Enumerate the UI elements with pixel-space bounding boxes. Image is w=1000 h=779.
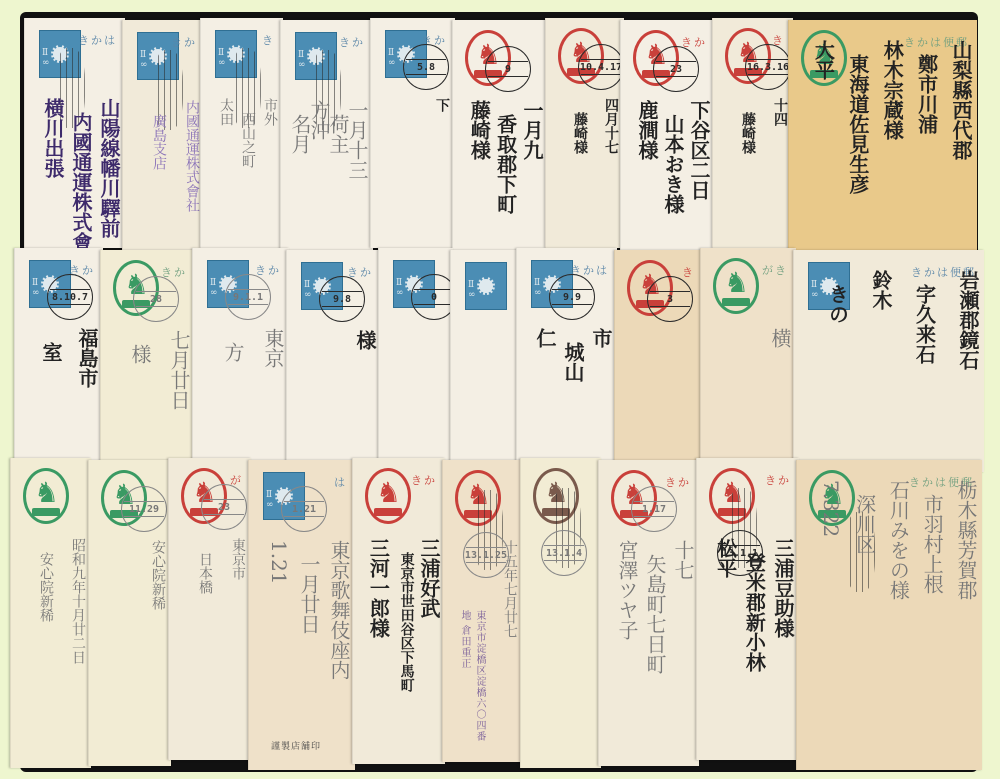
handwritten-address-line: 十五年七月廿七 bbox=[502, 540, 517, 638]
handwritten-address-line: 福島市 bbox=[76, 328, 97, 388]
postmark-icon: 9 bbox=[485, 46, 531, 92]
postcard: き市外西山之町太田 bbox=[200, 18, 283, 248]
handwritten-address-line: 一月九 bbox=[521, 100, 542, 160]
handwritten-address-line: 内國通運株式會社 bbox=[70, 112, 91, 248]
handwritten-address-line: 下谷区二日 bbox=[688, 100, 709, 200]
postcard: 昭和九年十月廿二日安心院新稀 bbox=[10, 458, 91, 768]
handwritten-address-line: 深川区 bbox=[854, 494, 875, 554]
postcard-header-text: き bbox=[262, 32, 275, 48]
postmark-icon: 28 bbox=[133, 276, 179, 322]
postcard: きかは便郵栃木縣芳賀郡市羽村上根石川みをの様深川区7.322 bbox=[796, 460, 982, 770]
postcard: きか9.8様 bbox=[286, 250, 381, 472]
postcard bbox=[450, 250, 519, 472]
handwritten-address-line: 廣島支店 bbox=[151, 114, 166, 170]
postcard: 11.29安心院新稀 bbox=[88, 460, 171, 766]
handwritten-address-line: 市 bbox=[590, 328, 611, 348]
postmark-icon: 9.1.1 bbox=[225, 274, 271, 320]
postcard-header-text: きか bbox=[255, 262, 281, 278]
handwritten-address-line: 下 bbox=[434, 98, 449, 112]
handwritten-address-line: 鄭市川浦 bbox=[916, 54, 937, 134]
postcard-header-text: は bbox=[334, 474, 347, 490]
postmark-icon: 23 bbox=[201, 484, 247, 530]
handwritten-address-line: 藤崎様 bbox=[740, 112, 755, 154]
postcard: きかは9.9市城山仁 bbox=[516, 248, 617, 470]
printed-sender-text: 謹製店舗印 bbox=[271, 739, 321, 752]
handwritten-address-line: 安心院新稀 bbox=[150, 540, 165, 610]
postmark-icon: 9.8 bbox=[319, 276, 365, 322]
handwritten-address-line: 東京歌舞伎座内 bbox=[328, 540, 349, 680]
handwritten-address-line: 横川出張 bbox=[42, 98, 63, 178]
handwritten-address-line: 石川みをの様 bbox=[887, 480, 908, 600]
handwritten-address-line: 藤崎様 bbox=[468, 100, 489, 160]
handwritten-address-line: 三浦好武 bbox=[418, 538, 439, 618]
handwritten-address-line: 林木宗蔵様 bbox=[881, 40, 902, 140]
postcard: きかは便郵山梨縣西代郡鄭市川浦林木宗蔵様東海道佐見生彦大平 bbox=[788, 20, 977, 250]
postcard: きか9.1.1東京方 bbox=[192, 248, 289, 470]
postcard: きか内國通運株式會社廣島支店 bbox=[122, 20, 205, 250]
postmark-icon: 1.17 bbox=[631, 486, 677, 532]
postmark-icon: 9.9 bbox=[549, 274, 595, 320]
postmark-icon: 3 bbox=[647, 276, 693, 322]
postcard: きか13.1.1三浦豆助様登米郡新小林松平 bbox=[696, 458, 799, 760]
handwritten-address-line: 市外 bbox=[262, 98, 277, 126]
handwritten-address-line: 山本おき様 bbox=[662, 114, 683, 214]
samurai-horseman-stamp-icon bbox=[23, 468, 69, 524]
handwritten-address-line: 東京市世田谷区下馬町 bbox=[399, 552, 414, 692]
handwritten-address-line: 藤崎様 bbox=[572, 112, 587, 154]
postcard-header-text: きか bbox=[665, 474, 691, 490]
handwritten-address-line: 太田 bbox=[218, 98, 233, 126]
handwritten-address-line: 松平 bbox=[715, 538, 736, 578]
postcard-header-text: きか bbox=[411, 472, 437, 488]
postmark-icon: 5.8 bbox=[403, 44, 449, 90]
postcard: 9一月九香取郡下町藤崎様 bbox=[452, 20, 548, 250]
handwritten-address-line: 岩瀬郡鏡石 bbox=[957, 270, 978, 370]
postmark-icon: 13.1.4 bbox=[541, 530, 587, 576]
postcard: きか一月十三荷主方沖名月 bbox=[280, 20, 373, 250]
postcard: 13.1.25十五年七月廿七東京市淀橋区淀橋六〇四番地 倉田重正 bbox=[442, 460, 523, 762]
postcard-header-text: きか bbox=[339, 34, 365, 50]
postmark-icon: 10.4.17 bbox=[578, 44, 624, 90]
postcard: き3 bbox=[614, 250, 703, 472]
handwritten-address-line: 宮澤ツヤ子 bbox=[616, 540, 637, 640]
handwritten-address-line: 名月 bbox=[289, 114, 310, 154]
handwritten-address-line: 城山 bbox=[562, 342, 583, 382]
postcard: 0 bbox=[378, 248, 453, 470]
postcard: きかは山陽線幡川驛前内國通運株式會社横川出張 bbox=[24, 18, 125, 248]
handwritten-address-line: 字久来石 bbox=[914, 284, 935, 364]
handwritten-address-line: 1.21 bbox=[268, 540, 289, 585]
postcard-header-text: きかは bbox=[78, 32, 117, 48]
handwritten-address-line: 横 bbox=[769, 328, 790, 348]
handwritten-address-line: 室 bbox=[40, 342, 61, 362]
postmark-icon: 1.21 bbox=[281, 486, 327, 532]
samurai-horseman-stamp-icon bbox=[365, 468, 411, 524]
handwritten-address-line: 東京市 bbox=[230, 538, 245, 580]
postcard: きか8.10.7福島市室 bbox=[14, 248, 103, 470]
handwritten-address-line: 十四 bbox=[772, 98, 787, 126]
postmark-icon: 11.29 bbox=[121, 486, 167, 532]
postcard: は1.21東京歌舞伎座内一月廿日1.21謹製店舗印 bbox=[248, 460, 355, 770]
postcard: き16.3.16十四藤崎様 bbox=[712, 18, 793, 248]
postcard-header-text: き bbox=[682, 264, 695, 280]
handwritten-address-line: 三浦豆助様 bbox=[772, 538, 793, 638]
samurai-horseman-stamp-icon bbox=[713, 258, 759, 314]
postcard: 13.1.4 bbox=[520, 458, 601, 768]
postcard: 10.4.17四月十七藤崎様 bbox=[545, 18, 624, 248]
handwritten-address-line: 方 bbox=[222, 342, 243, 362]
handwritten-address-line: 栃木縣芳賀郡 bbox=[955, 480, 976, 600]
printed-sender-text: 東京市淀橋区淀橋六〇四番地 倉田重正 bbox=[457, 610, 487, 750]
handwritten-address-line: 鹿澗様 bbox=[636, 100, 657, 160]
handwritten-address-line: 一月廿日 bbox=[298, 554, 319, 634]
handwritten-address-line: 東京 bbox=[262, 328, 283, 368]
handwritten-address-line: 七月廿日 bbox=[168, 330, 189, 410]
postmark-icon: 8.10.7 bbox=[47, 274, 93, 320]
postcard: きか28七月廿日様 bbox=[100, 250, 195, 472]
handwritten-address-line: 山梨縣西代郡 bbox=[950, 40, 971, 160]
postcard: きか三浦好武東京市世田谷区下馬町三河一郎様 bbox=[352, 458, 445, 764]
handwritten-address-line: きの bbox=[827, 284, 848, 324]
postcard: きか1.17十七矢島町七日町宮澤ツヤ子 bbox=[598, 460, 699, 766]
handwritten-address-line: 様 bbox=[354, 330, 375, 350]
postcard-header-text: きか bbox=[171, 34, 197, 50]
postcard: きか5.8下 bbox=[370, 18, 455, 248]
handwritten-address-line: 7.322 bbox=[820, 480, 841, 537]
postmark-icon: 23 bbox=[653, 46, 699, 92]
handwritten-address-line: 鈴木 bbox=[870, 270, 891, 310]
handwritten-address-line: 香取郡下町 bbox=[495, 114, 516, 214]
postcard: きかは便郵岩瀬郡鏡石字久来石鈴木きの bbox=[793, 250, 984, 472]
postcard-header-text: がき bbox=[762, 262, 788, 278]
handwritten-address-line: 山陽線幡川驛前 bbox=[98, 98, 119, 238]
handwritten-address-line: 三河一郎様 bbox=[367, 538, 388, 638]
handwritten-address-line: 市羽村上根 bbox=[921, 494, 942, 594]
handwritten-address-line: 昭和九年十月廿二日 bbox=[70, 538, 85, 664]
handwritten-address-line: 東海道佐見生彦 bbox=[847, 54, 868, 194]
handwritten-address-line: 四月十七 bbox=[603, 98, 618, 154]
handwritten-address-line: 矢島町七日町 bbox=[644, 554, 665, 674]
handwritten-address-line: 登米郡新小林 bbox=[743, 552, 764, 672]
handwritten-address-line: 日本橋 bbox=[197, 552, 212, 594]
postmark-icon: 16.3.16 bbox=[745, 44, 791, 90]
chrysanthemum-stamp-icon bbox=[465, 262, 507, 310]
handwritten-address-line: 安心院新稀 bbox=[38, 552, 53, 622]
postcard: がき横 bbox=[700, 248, 796, 470]
handwritten-address-line: 内國通運株式會社 bbox=[184, 100, 199, 212]
postmark-icon: 0 bbox=[411, 274, 453, 320]
postcard-header-text: きか bbox=[765, 472, 791, 488]
handwritten-address-line: 十七 bbox=[672, 540, 693, 580]
postcard: が23東京市日本橋 bbox=[168, 458, 251, 760]
handwritten-address-line: 様 bbox=[129, 344, 150, 364]
handwritten-address-line: 大平 bbox=[812, 40, 833, 80]
handwritten-address-line: 仁 bbox=[534, 328, 555, 348]
handwritten-address-line: 西山之町 bbox=[240, 112, 255, 168]
postcard: きか23下谷区二日山本おき様鹿澗様 bbox=[620, 20, 715, 250]
